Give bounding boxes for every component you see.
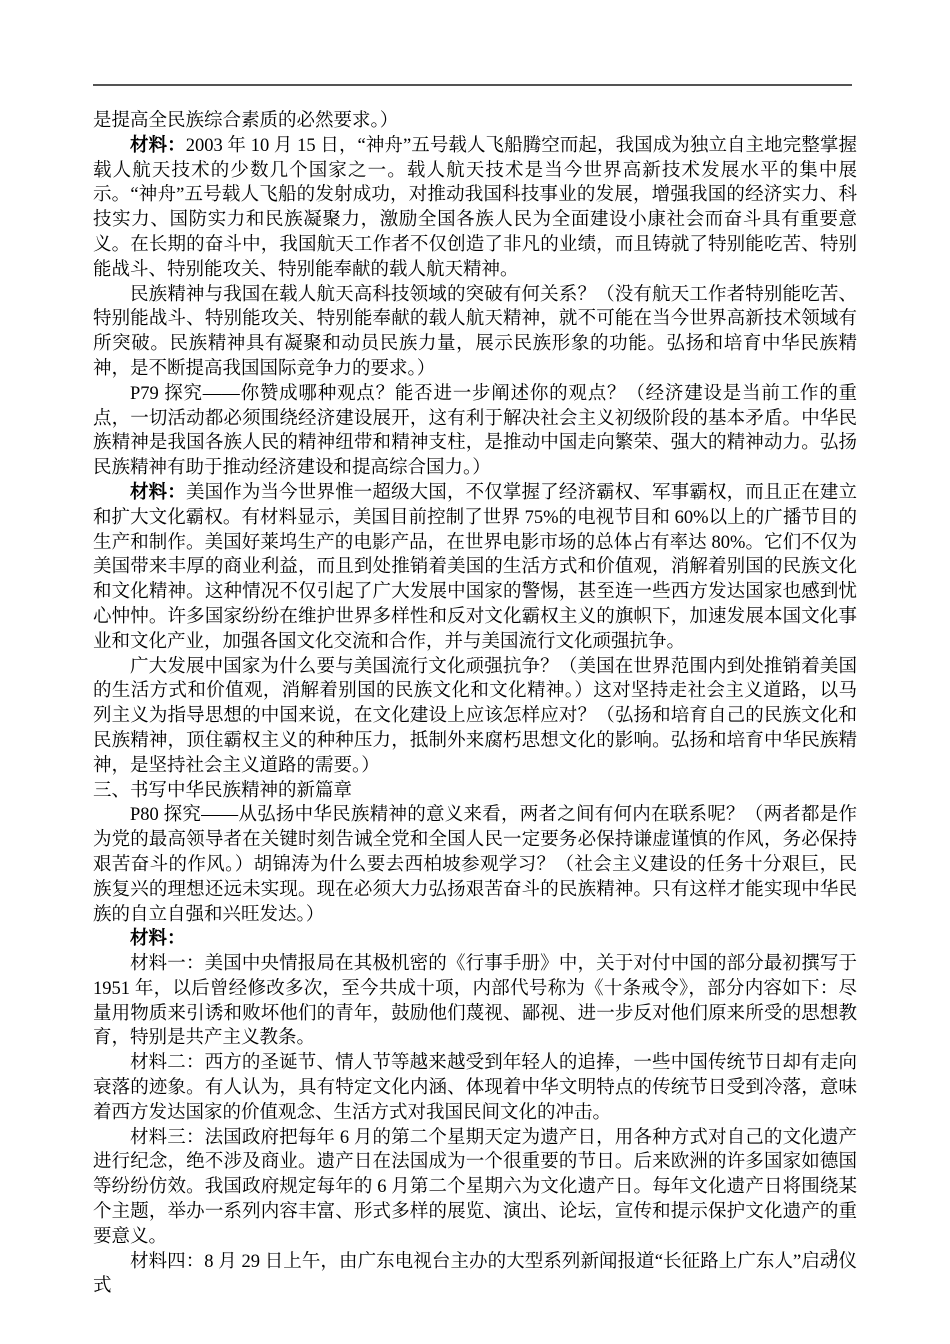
text-run: 材料三：法国政府把每年 6 月的第二个星期天定为遗产日，用各种方式对自己的文化遗…	[93, 1128, 857, 1247]
document-body: 是提高全民族综合素质的必然要求。）材料：2003 年 10 月 15 日，“神舟…	[93, 109, 857, 1299]
paragraph: 民族精神与我国在载人航天高科技领域的突破有何关系？（没有航天工作者特别能吃苦、特…	[93, 283, 857, 382]
bold-text-run: 材料：	[130, 136, 186, 156]
paragraph: 材料三：法国政府把每年 6 月的第二个星期天定为遗产日，用各种方式对自己的文化遗…	[93, 1126, 857, 1250]
paragraph: P80 探究——从弘扬中华民族精神的意义来看，两者之间有何内在联系呢？（两者都是…	[93, 803, 857, 927]
paragraph: 三、书写中华民族精神的新篇章	[93, 779, 857, 804]
text-run: 2003 年 10 月 15 日，“神舟”五号载人飞船腾空而起，我国成为独立自主…	[93, 136, 857, 280]
text-run: 美国作为当今世界惟一超级大国，不仅掌握了经济霸权、军事霸权，而且正在建立和扩大文…	[93, 483, 857, 652]
paragraph: 材料二：西方的圣诞节、情人节等越来越受到年轻人的追捧，一些中国传统节日却有走向衰…	[93, 1051, 857, 1125]
text-run: P79 探究——你赞成哪种观点？能否进一步阐述你的观点？（经济建设是当前工作的重…	[93, 384, 857, 478]
bold-text-run: 材料：	[130, 483, 186, 503]
paragraph: P79 探究——你赞成哪种观点？能否进一步阐述你的观点？（经济建设是当前工作的重…	[93, 382, 857, 481]
text-run: 民族精神与我国在载人航天高科技领域的突破有何关系？（没有航天工作者特别能吃苦、特…	[93, 285, 857, 379]
text-run: 三、书写中华民族精神的新篇章	[93, 781, 352, 801]
paragraph: 材料一：美国中央情报局在其极机密的《行事手册》中，关于对付中国的部分最初撰写于 …	[93, 952, 857, 1051]
paragraph: 是提高全民族综合素质的必然要求。）	[93, 109, 857, 134]
paragraph: 广大发展中国家为什么要与美国流行文化顽强抗争？（美国在世界范围内到处推销着美国的…	[93, 655, 857, 779]
text-run: 材料二：西方的圣诞节、情人节等越来越受到年轻人的追捧，一些中国传统节日却有走向衰…	[93, 1053, 857, 1123]
text-run: P80 探究——从弘扬中华民族精神的意义来看，两者之间有何内在联系呢？（两者都是…	[93, 805, 857, 924]
paragraph: 材料四：8 月 29 日上午，由广东电视台主办的大型系列新闻报道“长征路上广东人…	[93, 1250, 857, 1300]
header-rule	[93, 84, 852, 86]
paragraph: 材料：	[93, 927, 857, 952]
paragraph: 材料：2003 年 10 月 15 日，“神舟”五号载人飞船腾空而起，我国成为独…	[93, 134, 857, 283]
document-page: 是提高全民族综合素质的必然要求。）材料：2003 年 10 月 15 日，“神舟…	[0, 0, 950, 1344]
text-run: 是提高全民族综合素质的必然要求。）	[93, 111, 398, 131]
page-number: 2	[830, 1243, 839, 1267]
text-run: 材料一：美国中央情报局在其极机密的《行事手册》中，关于对付中国的部分最初撰写于 …	[93, 954, 857, 1048]
text-run: 材料四：8 月 29 日上午，由广东电视台主办的大型系列新闻报道“长征路上广东人…	[93, 1252, 857, 1297]
paragraph: 材料：美国作为当今世界惟一超级大国，不仅掌握了经济霸权、军事霸权，而且正在建立和…	[93, 481, 857, 655]
bold-text-run: 材料：	[130, 929, 186, 949]
text-run: 广大发展中国家为什么要与美国流行文化顽强抗争？（美国在世界范围内到处推销着美国的…	[93, 657, 857, 776]
